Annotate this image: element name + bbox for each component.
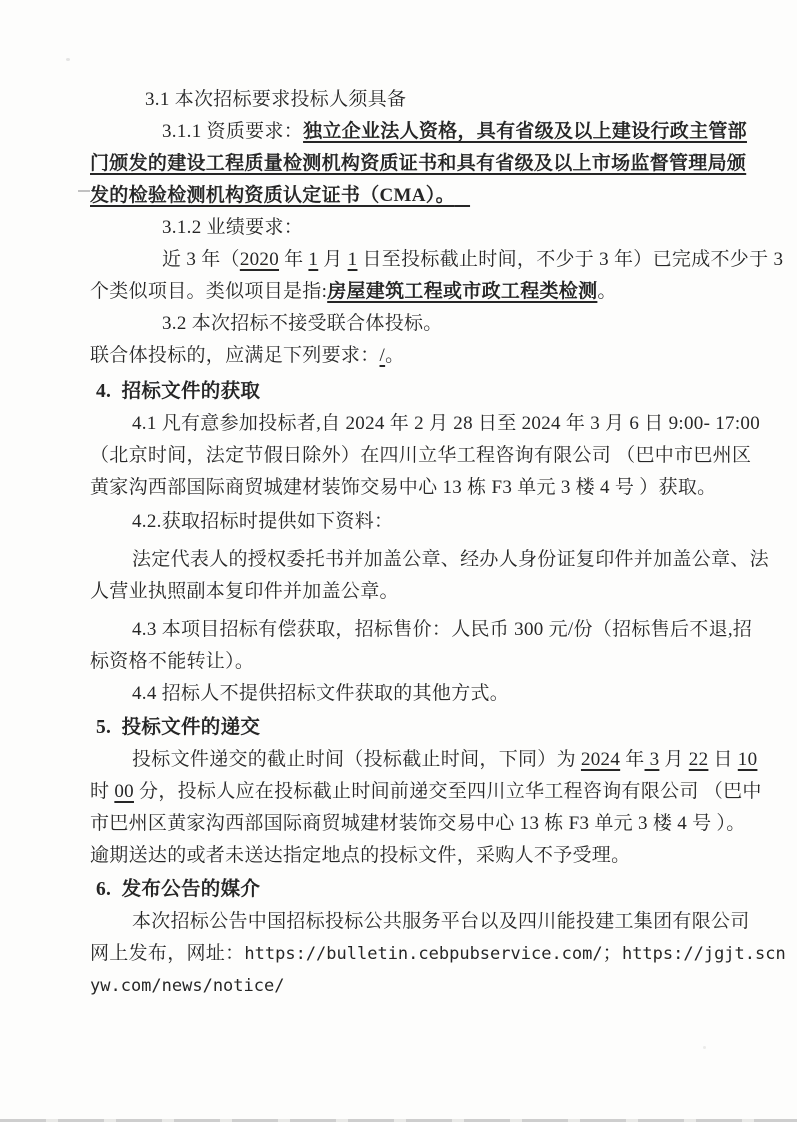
section-5-heading: 5. 投标文件的递交 xyxy=(90,712,740,744)
text-segment: 日至投标截止时间，不少于 3 年）已完成不少于 3 xyxy=(357,249,783,270)
text-segment: https://bulletin.cebpubservice.com/ xyxy=(244,944,602,964)
section-6-heading: 6. 发布公告的媒介 xyxy=(90,874,740,906)
text-segment: 1 xyxy=(348,249,358,270)
text-segment: 22 xyxy=(689,749,709,770)
text-segment: 年 xyxy=(279,249,308,270)
clause-3-1-2: 3.1.2 业绩要求： xyxy=(90,212,740,244)
clause-5-line-3: 市巴州区黄家沟西部国际商贸城建材装饰交易中心 13 栋 F3 单元 3 楼 4 … xyxy=(90,808,740,840)
text-segment: 独立企业法人资格，具有省级及以上建设行政主管部 xyxy=(303,121,747,142)
text-segment: 逾期送达的或者未送达指定地点的投标文件，采购人不予受理。 xyxy=(90,845,630,866)
text-segment: 1 xyxy=(308,249,318,270)
clause-5-line-2: 时 00 分，投标人应在投标截止时间前递交至四川立华工程咨询有限公司 （巴中 xyxy=(90,776,740,808)
clause-4-1-line-1: 4.1 凡有意参加投标者,自 2024 年 2 月 28 日至 2024 年 3… xyxy=(90,408,740,440)
scan-speck xyxy=(703,1046,706,1049)
text-segment: 门颁发的建设工程质量检测机构资质证书和具有省级及以上市场监督管理局颁 xyxy=(90,153,746,174)
clause-4-1-line-2: （北京时间，法定节假日除外）在四川立华工程咨询有限公司 （巴中市巴州区 xyxy=(90,440,740,472)
section-4-heading: 4. 招标文件的获取 xyxy=(90,376,740,408)
text-segment: 2020 xyxy=(240,249,279,270)
text-segment: 个类似项目。类似项目是指: xyxy=(90,281,327,302)
document-page: 3.1 本次招标要求投标人须具备3.1.1 资质要求：独立企业法人资格，具有省级… xyxy=(0,0,797,1122)
clause-6-line-3: yw.com/news/notice/ xyxy=(90,970,740,1002)
text-segment: （北京时间，法定节假日除外）在四川立华工程咨询有限公司 （巴中市巴州区 xyxy=(90,445,751,466)
clause-3-1-1-cont-1: 门颁发的建设工程质量检测机构资质证书和具有省级及以上市场监督管理局颁 xyxy=(90,148,740,180)
text-segment: 。 xyxy=(385,345,404,366)
text-segment: 近 3 年（ xyxy=(162,249,240,270)
text-segment: 法定代表人的授权委托书并加盖公章、经办人身份证复印件并加盖公章、法 xyxy=(132,549,769,570)
text-segment: 联合体投标的，应满足下列要求： xyxy=(90,345,380,366)
scan-speck xyxy=(334,94,337,97)
text-segment: 市巴州区黄家沟西部国际商贸城建材装饰交易中心 13 栋 F3 单元 3 楼 4 … xyxy=(90,813,746,834)
text-segment: ； xyxy=(603,943,622,964)
text-segment: 发的检验检测机构资质认定证书（CMA）。 xyxy=(90,185,455,206)
text-segment: 2024 xyxy=(581,749,620,770)
performance-req-line-1: 近 3 年（2020 年 1 月 1 日至投标截止时间，不少于 3 年）已完成不… xyxy=(90,244,740,276)
scan-speck xyxy=(66,58,70,61)
clause-5-line-4: 逾期送达的或者未送达指定地点的投标文件，采购人不予受理。 xyxy=(90,840,740,872)
text-segment: https://jgjt.scn xyxy=(622,944,786,964)
text-segment: 4.4 招标人不提供招标文件获取的其他方式。 xyxy=(132,683,509,704)
materials-line-2: 人营业执照副本复印件并加盖公章。 xyxy=(90,576,740,608)
text-segment: yw.com/news/notice/ xyxy=(90,976,284,996)
text-segment: 标资格不能转让）。 xyxy=(90,651,254,672)
text-segment: 3.1.2 业绩要求： xyxy=(162,217,303,238)
clause-4-3-line-1: 4.3 本项目招标有偿获取，招标售价：人民币 300 元/份（招标售后不退,招 xyxy=(90,614,740,646)
text-segment: 分，投标人应在投标截止时间前递交至四川立华工程咨询有限公司 （巴中 xyxy=(134,781,762,802)
clause-4-4: 4.4 招标人不提供招标文件获取的其他方式。 xyxy=(90,678,740,710)
text-segment: 本次招标公告中国招标投标公共服务平台以及四川能投建工集团有限公司 xyxy=(132,911,750,932)
text-segment: 5. 投标文件的递交 xyxy=(96,717,260,738)
clause-4-1-line-3: 黄家沟西部国际商贸城建材装饰交易中心 13 栋 F3 单元 3 楼 4 号 ）获… xyxy=(90,472,740,504)
text-segment: 3.1 本次招标要求投标人须具备 xyxy=(145,89,406,110)
text-segment: 人营业执照副本复印件并加盖公章。 xyxy=(90,581,399,602)
materials-line-1: 法定代表人的授权委托书并加盖公章、经办人身份证复印件并加盖公章、法 xyxy=(90,544,740,576)
clause-3-1: 3.1 本次招标要求投标人须具备 xyxy=(90,84,740,116)
text-segment: 3 xyxy=(645,749,660,770)
text-segment: 4. 招标文件的获取 xyxy=(96,381,260,402)
clause-3-1-1: 3.1.1 资质要求：独立企业法人资格，具有省级及以上建设行政主管部 xyxy=(90,116,740,148)
text-segment: 投标文件递交的截止时间（投标截止时间，下同）为 xyxy=(132,749,581,770)
text-segment: 月 xyxy=(659,749,688,770)
clause-3-2: 3.2 本次招标不接受联合体投标。 xyxy=(90,308,740,340)
document-body: 3.1 本次招标要求投标人须具备3.1.1 资质要求：独立企业法人资格，具有省级… xyxy=(90,84,740,1002)
text-segment: 4.1 凡有意参加投标者,自 2024 年 2 月 28 日至 2024 年 3… xyxy=(132,413,760,434)
text-segment: 。 xyxy=(597,281,616,302)
text-segment xyxy=(455,185,470,206)
text-segment: 年 xyxy=(620,749,644,770)
text-segment: 10 xyxy=(738,749,758,770)
text-segment: 3.2 本次招标不接受联合体投标。 xyxy=(162,313,443,334)
text-segment: 房屋建筑工程或市政工程类检测 xyxy=(327,281,597,302)
text-segment: 时 xyxy=(90,781,114,802)
clause-4-2: 4.2.获取招标时提供如下资料： xyxy=(90,506,740,538)
text-segment: 3.1.1 资质要求： xyxy=(162,121,303,142)
clause-6-line-1: 本次招标公告中国招标投标公共服务平台以及四川能投建工集团有限公司 xyxy=(90,906,740,938)
text-segment: 4.2.获取招标时提供如下资料： xyxy=(132,511,393,532)
text-segment: 网上发布，网址： xyxy=(90,943,244,964)
clause-6-line-2: 网上发布，网址：https://bulletin.cebpubservice.c… xyxy=(90,938,740,970)
text-segment: 月 xyxy=(318,249,347,270)
text-segment: 日 xyxy=(708,749,737,770)
performance-req-line-2: 个类似项目。类似项目是指:房屋建筑工程或市政工程类检测。 xyxy=(90,276,740,308)
text-segment: 4.3 本项目招标有偿获取，招标售价：人民币 300 元/份（招标售后不退,招 xyxy=(132,619,752,640)
text-segment: 6. 发布公告的媒介 xyxy=(96,879,260,900)
text-segment: 黄家沟西部国际商贸城建材装饰交易中心 13 栋 F3 单元 3 楼 4 号 ）获… xyxy=(90,477,716,498)
joint-venture-line: 联合体投标的，应满足下列要求：/。 xyxy=(90,340,740,372)
text-segment: 00 xyxy=(114,781,134,802)
clause-5-line-1: 投标文件递交的截止时间（投标截止时间，下同）为 2024 年 3 月 22 日 … xyxy=(90,744,740,776)
clause-4-3-line-2: 标资格不能转让）。 xyxy=(90,646,740,678)
scan-dash-artifact xyxy=(78,190,90,192)
clause-3-1-1-cont-2: 发的检验检测机构资质认定证书（CMA）。 xyxy=(90,180,740,212)
